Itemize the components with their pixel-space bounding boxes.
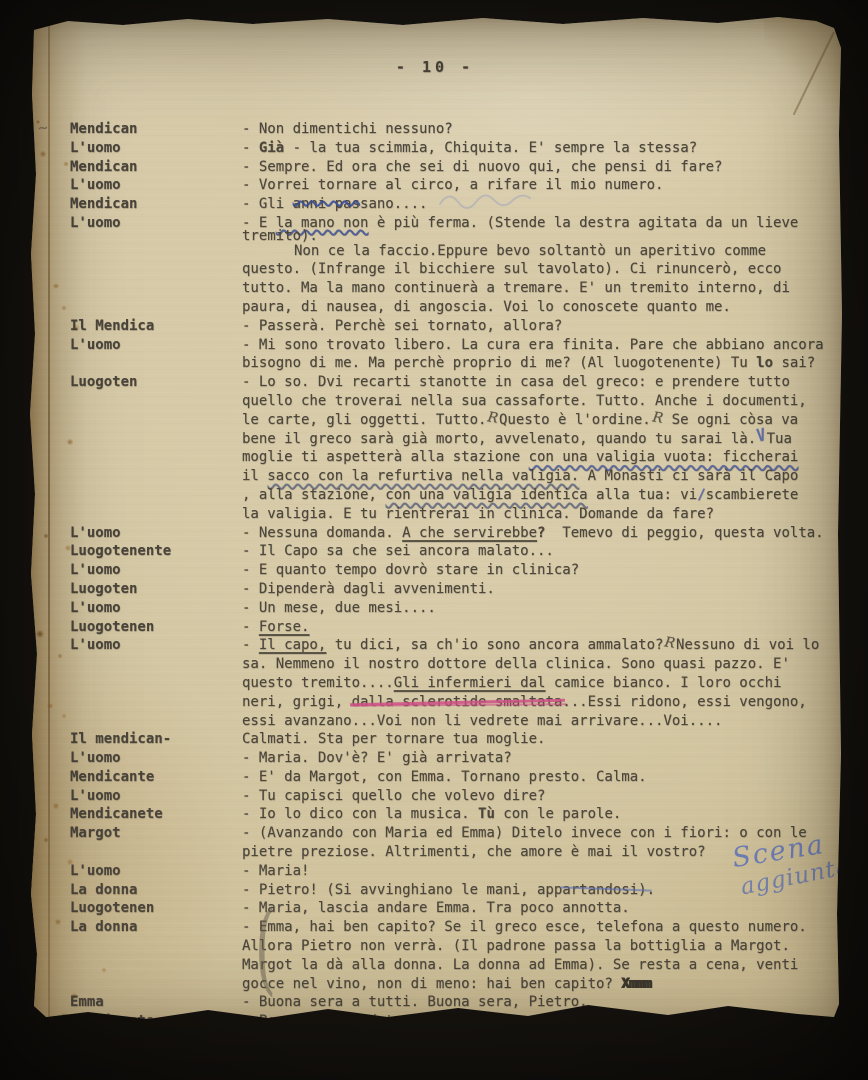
script-line: Luogotenente- Il Capo sa che sei ancora … [70,542,834,561]
script-line: tutto. Ma la mano continuerà a tremare. … [70,279,834,298]
speaker-name: Mendicante [70,1012,242,1031]
dialogue-text: il sacco con la refurtiva nella valigia.… [242,467,834,486]
dialogue-text: quello che troverai nella sua cassaforte… [242,392,834,411]
speaker-name: Margot [70,824,242,843]
speaker-name: L'uomo [70,636,242,655]
script-line: Mendicante- Perchè non andate anche Voi? [70,1012,834,1031]
dialogue-text: - Tu capisci quello che volevo dire? [242,787,834,806]
script-line: Non ce la faccio.Eppure bevo soltantò un… [70,242,834,261]
dialogue-text: - Forse. [242,618,834,637]
script-line: Il mendican-Calmati. Sta per tornare tua… [70,730,834,749]
margin-tilde-mark: ~ [37,118,49,138]
speaker-name: L'uomo [70,214,242,233]
script-line: Mendican- Non dimentichi nessuno? [70,120,834,139]
dialogue-text: - Nessuna domanda. A che servirebbe? Tem… [242,524,834,543]
dialogue-text: - Emma, hai ben capito? Se il greco esce… [242,918,834,937]
script-line: moglie ti aspetterà alla stazione con un… [70,448,834,467]
script-line: Emma- Buona sera a tutti. Buona sera, Pi… [70,993,834,1012]
script-line: Mendicante- E' da Margot, con Emma. Torn… [70,768,834,787]
dialogue-text: la valigia. E tu rientrerai in clinica. … [242,505,834,524]
speaker-name: L'uomo [70,561,242,580]
dialogue-text: - Maria, lascia andare Emma. Tra poco an… [242,899,834,918]
dialogue-text: - Lo so. Dvi recarti stanotte in casa de… [242,373,834,392]
script-line: le carte, gli oggetti. Tutto.RQuesto è l… [70,411,834,430]
dialogue-text: - Un mese, due mesi.... [242,599,834,618]
manuscript-page: - 10 - Mendican- Non dimentichi nessuno?… [28,14,842,1022]
dialogue-text: - E quanto tempo dovrò stare in clinica? [242,561,834,580]
dialogue-text: , alla stazione, con una valigia identic… [242,486,834,505]
pencil-bracket-mark: ( [255,898,276,998]
script-line: L'uomo- Il capo, tu dici, sa ch'io sono … [70,636,834,655]
speaker-name: Luogotenen [70,899,242,918]
speaker-name: L'uomo [70,176,242,195]
dialogue-text: - Non dimentichi nessuno? [242,120,834,139]
script-line: Luogoten- Dipenderà dagli avvenimenti. [70,580,834,599]
script-line: il sacco con la refurtiva nella valigia.… [70,467,834,486]
script-line: , alla stazione, con una valigia identic… [70,486,834,505]
page-number: - 10 - [28,58,842,76]
script-line: neri, grigi, dalla sclerotide smaltata..… [70,693,834,712]
script-line: L'uomo- Maria! [70,862,834,881]
speaker-name: Luogotenente [70,542,242,561]
dialogue-text: - Passerà. Perchè sei tornato, allora? [242,317,834,336]
speaker-name: Luogoten [70,373,242,392]
script-line: L'uomo- Nessuna domanda. A che servirebb… [70,524,834,543]
script-line: questo tremito....Gli infermieri dal cam… [70,674,834,693]
dialogue-text: - Maria. Dov'è? E' già arrivata? [242,749,834,768]
script-line: Mendican- Sempre. Ed ora che sei di nuov… [70,158,834,177]
dialogue-text: bisogno di me. Ma perchè proprio di me? … [242,354,834,373]
speaker-name: L'uomo [70,139,242,158]
speaker-name: Mendican [70,158,242,177]
dialogue-text: paura, di nausea, di angoscia. Voi lo co… [242,298,834,317]
speaker-name: L'uomo [70,524,242,543]
script-line: quello che troverai nella sua cassaforte… [70,392,834,411]
faint-ink-scribble [436,186,546,212]
script-line: Mendicanete- Io lo dico con la musica. T… [70,805,834,824]
dialogue-text: - Già - la tua scimmia, Chiquita. E' sem… [242,139,834,158]
script-line: La donna- Emma, hai ben capito? Se il gr… [70,918,834,937]
speaker-name: L'uomo [70,336,242,355]
dialogue-text: neri, grigi, dalla sclerotide smaltata..… [242,693,834,712]
script-line: Allora Pietro non verrà. (Il padrone pas… [70,937,834,956]
script-line: essi avanzano...Voi non li vedrete mai a… [70,712,834,731]
dialogue-text: - Buona sera a tutti. Buona sera, Pietro… [242,993,834,1012]
dialogue-text: - Mi sono trovato libero. La cura era fi… [242,336,834,355]
dialogue-text: Margot la dà alla donna. La donna ad Emm… [242,956,834,975]
speaker-name: Luogotenen [70,618,242,637]
dialogue-text: - Sempre. Ed ora che sei di nuovo qui, c… [242,158,834,177]
speaker-name: Il Mendica [70,317,242,336]
script-line: L'uomo- Già - la tua scimmia, Chiquita. … [70,139,834,158]
script-lines: Mendican- Non dimentichi nessuno?L'uomo-… [70,120,834,1050]
speaker-name: L'uomo [70,787,242,806]
dialogue-text: Non ce la faccio.Eppure bevo soltantò un… [242,242,834,261]
dialogue-text: - Il capo, tu dici, sa ch'io sono ancora… [242,636,834,655]
script-line: L'uomo- Tu capisci quello che volevo dir… [70,787,834,806]
dialogue-text: - E dove? Qui siamo al sicuro. Dammi da … [242,1031,834,1050]
script-line: questo. (Infrange il bicchiere sul tavol… [70,260,834,279]
script-line: pietre preziose. Altrimenti, che amore è… [70,843,834,862]
script-line: Luogotenen- Forse. [70,618,834,637]
speaker-name: L'uomo [70,862,242,881]
dialogue-text: questo. (Infrange il bicchiere sul tavol… [242,260,834,279]
script-line: Margot la dà alla donna. La donna ad Emm… [70,956,834,975]
speaker-name: Mendicante [70,768,242,787]
script-line: bene il greco sarà già morto, avvelenato… [70,430,834,449]
speaker-name: L'uomo [70,1031,242,1050]
dialogue-text: questo tremito....Gli infermieri dal cam… [242,674,834,693]
script-line: Luogoten- Lo so. Dvi recarti stanotte in… [70,373,834,392]
script-line: sa. Nemmeno il nostro dottore della clin… [70,655,834,674]
dialogue-text: Allora Pietro non verrà. (Il padrone pas… [242,937,834,956]
script-line: la valigia. E tu rientrerai in clinica. … [70,505,834,524]
script-line: Il Mendica- Passerà. Perchè sei tornato,… [70,317,834,336]
dialogue-text: le carte, gli oggetti. Tutto.RQuesto è l… [242,411,834,430]
dialogue-text: - Dipenderà dagli avvenimenti. [242,580,834,599]
speaker-name: Emma [70,993,242,1012]
dialogue-text: gocce nel vino, non di meno: hai ben cap… [242,975,834,994]
script-line: bisogno di me. Ma perchè proprio di me? … [70,354,834,373]
speaker-name: L'uomo [70,749,242,768]
dialogue-text: - Perchè non andate anche Voi? [242,1012,834,1031]
dialogue-text: sa. Nemmeno il nostro dottore della clin… [242,655,834,674]
speaker-name: Luogoten [70,580,242,599]
dialogue-text: - Il Capo sa che sei ancora malato... [242,542,834,561]
dialogue-text: tutto. Ma la mano continuerà a tremare. … [242,279,834,298]
speaker-name: La donna [70,918,242,937]
speaker-name: Mendican [70,120,242,139]
script-line: L'uomo- E dove? Qui siamo al sicuro. Dam… [70,1031,834,1050]
dialogue-text: moglie ti aspetterà alla stazione con un… [242,448,834,467]
dialogue-text: - E' da Margot, con Emma. Tornano presto… [242,768,834,787]
speaker-name: Mendican [70,195,242,214]
dialogue-text: Calmati. Sta per tornare tua moglie. [242,730,834,749]
dialogue-text: bene il greco sarà già morto, avvelenato… [242,430,834,449]
script-line: La donna- Pietro! (Si avvinghiano le man… [70,881,834,900]
dialogue-text: - Io lo dico con la musica. Tù con le pa… [242,805,834,824]
speaker-name: La donna [70,881,242,900]
script-line: Luogotenen- Maria, lascia andare Emma. T… [70,899,834,918]
speaker-name: L'uomo [70,599,242,618]
script-line: gocce nel vino, non di meno: hai ben cap… [70,975,834,994]
script-line: paura, di nausea, di angoscia. Voi lo co… [70,298,834,317]
dialogue-text: essi avanzano...Voi non li vedrete mai a… [242,712,834,731]
speaker-name: Mendicanete [70,805,242,824]
script-line: L'uomo- Mi sono trovato libero. La cura … [70,336,834,355]
script-line: L'uomo- Maria. Dov'è? E' già arrivata? [70,749,834,768]
script-line: Margot- (Avanzando con Maria ed Emma) Di… [70,824,834,843]
speaker-name: Il mendican- [70,730,242,749]
script-line: L'uomo- Un mese, due mesi.... [70,599,834,618]
script-line: L'uomo- E quanto tempo dovrò stare in cl… [70,561,834,580]
